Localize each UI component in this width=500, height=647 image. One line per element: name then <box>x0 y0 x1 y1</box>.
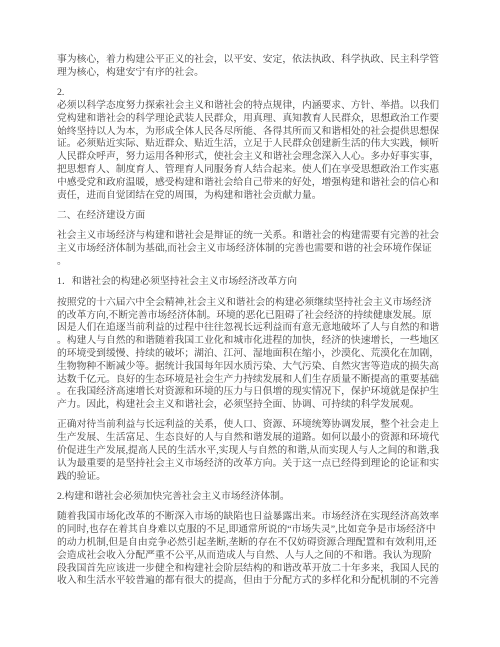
text-line: 人民群众呼声，努力运用各种形式，使社会主义和谐社会理念深入人心。多办好事实事， <box>57 151 447 164</box>
text-line: 会造成社会收入分配严重不公平,从而造成人与自然、人与人之间的不和谐。我认为现阶 <box>57 550 447 563</box>
text-line: 。在我国经济高速增长对资源和环境的压力与日俱增的现实情况下，保护环境就是保护生 <box>57 386 447 399</box>
text-line: 责任，进而自觉团结在党的周围，为构建和谐社会贡献力量。 <box>57 190 447 203</box>
text-line: 1．和谐社会的构建必须坚持社会主义市场经济改革方向 <box>57 276 447 289</box>
paragraph: 正确对待当前利益与长远利益的关系，使人口、资源、环境统筹协调发展，整个社会走上生… <box>57 419 447 483</box>
section-heading: 二、在经济建设方面 <box>57 210 447 223</box>
text-line: 生物物种不断减少等。据统计我国每年因水质污染、大气污染、自然灾害等造成的损失高 <box>57 361 447 374</box>
text-line: 的动力机制,但是自由竞争必然引起垄断,垄断的存在不仅妨碍资源合理配置和有效利用,… <box>57 537 447 550</box>
text-line: 始终坚持以人为本，为形成全体人民各尽所能、各得其所而又和谐相处的社会提供思想保 <box>57 126 447 139</box>
document-body: 事为核心，着力构建公平正义的社会，以平安、安定，依法执政、科学执政、民主科学管理… <box>57 54 447 588</box>
paragraph: 按照党的十六届六中全会精神,社会主义和谐社会的构建必须继续坚持社会主义市场经济的… <box>57 297 447 412</box>
text-line: 主义市场经济体制为基础,而社会主义市场经济体制的完善也需要和谐的社会环境作保证 <box>57 243 447 256</box>
text-line: 2.构建和谐社会必须加快完善社会主义市场经济体制。 <box>57 491 447 504</box>
text-line: 认为最重要的是坚持社会主义市场经济的改革方向。关于这一点已经得到理论的论证和实 <box>57 458 447 471</box>
paragraph: 社会主义市场经济与构建和谐社会是辩证的统一关系。和谐社会的构建需要有完善的社会主… <box>57 230 447 268</box>
text-line: 践的验证。 <box>57 471 447 484</box>
text-line: 产力。因此，构建社会主义和谐社会，必须坚持全面、协调、可持续的科学发展观。 <box>57 399 447 412</box>
text-line: 因是人们在追逐当前利益的过程中往往忽视长远利益而有意无意地破坏了人与自然的和谐 <box>57 322 447 335</box>
text-line: 生产发展、生活富足、生态良好的人与自然和谐发展的道路。如何以最小的资源和环境代 <box>57 432 447 445</box>
text-line: 收入和生活水平较普遍的都有很大的提高，但由于分配方式的多样化和分配机制的不完善 <box>57 575 447 588</box>
text-line: 达数千亿元。良好的生态环境是社会生产力持续发展和人们生存质量不断提高的重要基础 <box>57 374 447 387</box>
text-line: 把思想育人、制度育人、管理育人同服务育人结合起来。使人们在享受思想政治工作实惠 <box>57 164 447 177</box>
document-page: 事为核心，着力构建公平正义的社会，以平安、安定，依法执政、科学执政、民主科学管理… <box>0 0 500 647</box>
text-line: 事为核心，着力构建公平正义的社会，以平安、安定，依法执政、科学执政、民主科学管 <box>57 54 447 67</box>
text-line: 。 <box>57 256 447 269</box>
text-line: 的同时,也存在着其自身难以克服的不足,即通常所说的“市场失灵”,比如竞争是市场经… <box>57 524 447 537</box>
section-heading: 1．和谐社会的构建必须坚持社会主义市场经济改革方向 <box>57 276 447 289</box>
text-line: 价促进生产发展,提高人民的生活水平,实现人与自然的和谐,从而实现人与人之间的和谐… <box>57 445 447 458</box>
text-line: 的改革方向,不断完善市场经济体制。环境的恶化已阻碍了社会经济的持续健康发展。原 <box>57 310 447 323</box>
text-line: 正确对待当前利益与长远利益的关系，使人口、资源、环境统筹协调发展，整个社会走上 <box>57 419 447 432</box>
text-line: 随着我国市场化改革的不断深入市场的缺陷也日益暴露出来。市场经济在实现经济高效率 <box>57 511 447 524</box>
text-line: 证。必须贴近实际、贴近群众、贴近生活，立足于人民群众创建新生活的伟大实践，倾听 <box>57 138 447 151</box>
text-line: 社会主义市场经济与构建和谐社会是辩证的统一关系。和谐社会的构建需要有完善的社会 <box>57 230 447 243</box>
paragraph: 随着我国市场化改革的不断深入市场的缺陷也日益暴露出来。市场经济在实现经济高效率的… <box>57 511 447 588</box>
section-heading: 2.构建和谐社会必须加快完善社会主义市场经济体制。 <box>57 491 447 504</box>
text-line: 段我国首先应该进一步健全和构建社会阶层结构的和谐改革开放二十年多来，我国人民的 <box>57 563 447 576</box>
text-line: 2. <box>57 87 447 100</box>
paragraph: 事为核心，着力构建公平正义的社会，以平安、安定，依法执政、科学执政、民主科学管理… <box>57 54 447 80</box>
text-line: 必须以科学态度努力探索社会主义和谐社会的特点规律，内涵要求、方针、举措。以我们 <box>57 100 447 113</box>
text-line: 二、在经济建设方面 <box>57 210 447 223</box>
paragraph: 2.必须以科学态度努力探索社会主义和谐社会的特点规律，内涵要求、方针、举措。以我… <box>57 87 447 202</box>
text-line: 。构建人与自然的和谐随着我国工业化和城市化进程的加快，经济的快速增长，一些地区 <box>57 335 447 348</box>
text-line: 党构建和谐社会的科学理论武装人民群众，用真理、真知教育人民群众，思想政治工作要 <box>57 113 447 126</box>
text-line: 中感受党和政府温暖，感受构建和谐社会给自己带来的好处，增强构建和谐社会的信心和 <box>57 177 447 190</box>
text-line: 按照党的十六届六中全会精神,社会主义和谐社会的构建必须继续坚持社会主义市场经济 <box>57 297 447 310</box>
text-line: 的环境受到缓慢、持续的破坏；湖泊、江河、湿地面积在缩小，沙漠化、荒漠化在加剧， <box>57 348 447 361</box>
text-line: 理为核心，构建安宁有序的社会。 <box>57 67 447 80</box>
